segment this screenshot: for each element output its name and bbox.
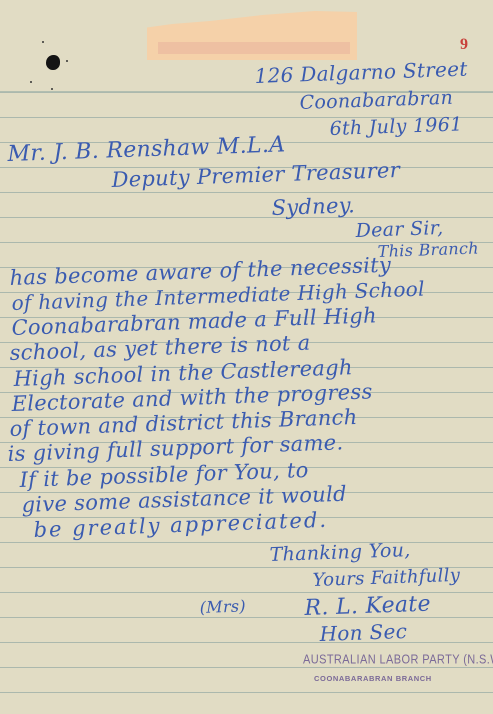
letter-page: 9 126 Dalgarno Street Coonabarabran 6th …: [0, 0, 493, 714]
body-line: This Branch: [377, 238, 479, 261]
ink-speck: [42, 41, 44, 43]
page-number: 9: [460, 36, 468, 54]
ink-speck: [66, 60, 68, 62]
salutation: Dear Sir,: [355, 217, 443, 242]
ink-blot: [46, 55, 60, 70]
signatory-title-prefix: (Mrs): [199, 596, 246, 617]
tape-residue: [158, 42, 350, 54]
sender-address-street: 126 Dalgarno Street: [254, 57, 468, 88]
ink-speck: [30, 81, 32, 83]
letter-date: 6th July 1961: [329, 113, 463, 140]
stamp-organization: Australian Labor Party (N.S.W.): [303, 653, 493, 667]
recipient-city: Sydney.: [271, 193, 355, 220]
signature: R. L. Keate: [304, 592, 431, 621]
stamp-branch: Coonabarabran Branch: [314, 674, 432, 683]
ink-speck: [51, 88, 53, 90]
signatory-role: Hon Sec: [319, 619, 407, 646]
